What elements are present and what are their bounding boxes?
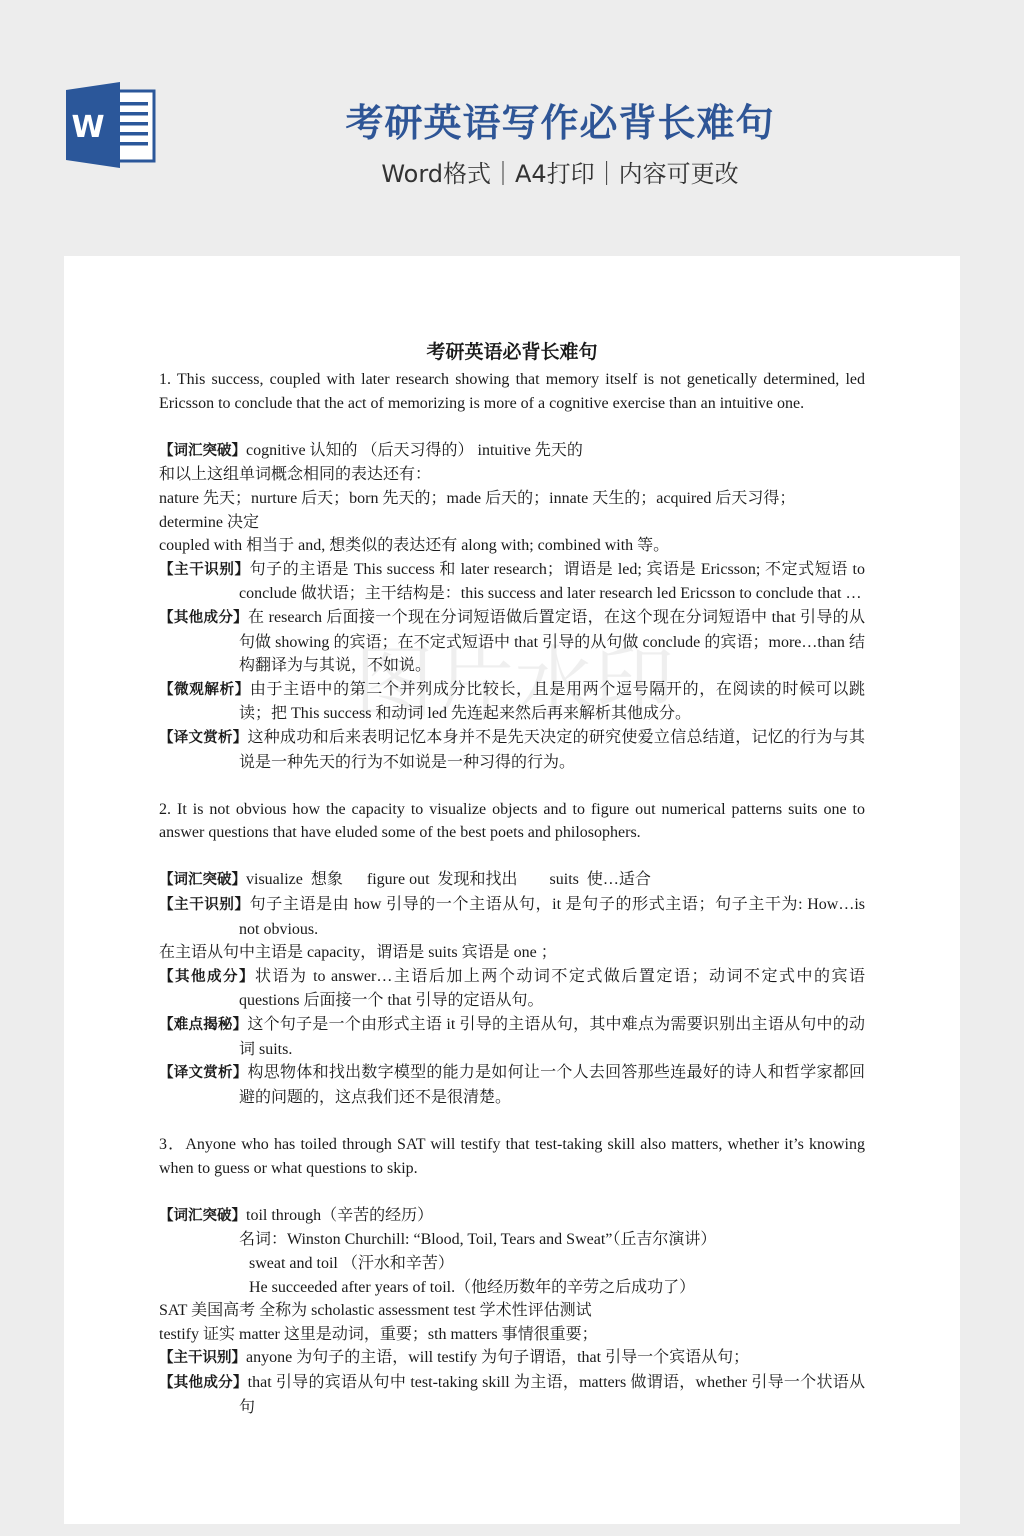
sentence-2: 2. It is not obvious how the capacity to… (159, 798, 865, 845)
note-vocabulary: 【词汇突破】toil through（辛苦的经历） (159, 1204, 865, 1229)
svg-text:W: W (71, 110, 104, 145)
note-line: 和以上这组单词概念相同的表达还有： (159, 463, 865, 487)
note-line: coupled with 相当于 and, 想类似的表达还有 along wit… (159, 534, 865, 558)
sentence-3: 3．Anyone who has toiled through SAT will… (159, 1133, 865, 1180)
note-line: sweat and toil （汗水和辛苦） (159, 1252, 865, 1276)
note-main-structure: 【主干识别】句子的主语是 This success 和 later resear… (159, 558, 865, 606)
section-1: 1. This success, coupled with later rese… (159, 368, 865, 798)
note-other-parts: 【其他成分】状语为 to answer…主语后加上两个动词不定式做后置定语；动词… (159, 965, 865, 1013)
sentence-1: 1. This success, coupled with later rese… (159, 368, 865, 415)
document-page: 图片水印 考研英语必背长难句 1. This success, coupled … (64, 256, 960, 1524)
note-micro-analysis: 【微观解析】由于主语中的第二个并列成分比较长，且是用两个逗号隔开的，在阅读的时候… (159, 678, 865, 726)
note-other-parts: 【其他成分】that 引导的宾语从句中 test-taking skill 为主… (159, 1371, 865, 1419)
section-3: 3．Anyone who has toiled through SAT will… (159, 1133, 865, 1419)
note-main-structure: 【主干识别】句子主语是由 how 引导的一个主语从句，it 是句子的形式主语；句… (159, 893, 865, 941)
note-vocabulary: 【词汇突破】cognitive 认知的 （后天习得的） intuitive 先天… (159, 439, 865, 464)
note-line: He succeeded after years of toil.（他经历数年的… (159, 1276, 865, 1300)
document-content: 考研英语必背长难句 1. This success, coupled with … (159, 338, 865, 1419)
note-difficulty: 【难点揭秘】这个句子是一个由形式主语 it 引导的主语从句，其中难点为需要识别出… (159, 1013, 865, 1061)
note-translation: 【译文赏析】构思物体和找出数字模型的能力是如何让一个人去回答那些连最好的诗人和哲… (159, 1061, 865, 1109)
note-line: determine 决定 (159, 511, 865, 535)
banner-title: 考研英语写作必背长难句 (280, 92, 840, 147)
section-2: 2. It is not obvious how the capacity to… (159, 798, 865, 1133)
note-line: 在主语从句中主语是 capacity，谓语是 suits 宾语是 one ； (159, 941, 865, 965)
banner: W 考研英语写作必背长难句 Word格式｜A4打印｜内容可更改 (0, 0, 1024, 256)
note-vocabulary: 【词汇突破】visualize 想象 figure out 发现和找出 suit… (159, 868, 865, 893)
banner-subtitle: Word格式｜A4打印｜内容可更改 (280, 154, 840, 189)
note-main-structure: 【主干识别】anyone 为句子的主语，will testify 为句子谓语，t… (159, 1346, 865, 1371)
note-other-parts: 【其他成分】在 research 后面接一个现在分词短语做后置定语，在这个现在分… (159, 606, 865, 678)
note-line: 名词：Winston Churchill: “Blood, Toil, Tear… (159, 1228, 865, 1252)
note-translation: 【译文赏析】这种成功和后来表明记忆本身并不是先天决定的研究使爱立信总结道，记忆的… (159, 726, 865, 774)
note-line: nature 先天；nurture 后天；born 先天的；made 后天的；i… (159, 487, 865, 511)
note-line: SAT 美国高考 全称为 scholastic assessment test … (159, 1299, 865, 1323)
document-title: 考研英语必背长难句 (159, 338, 865, 366)
word-icon: W (66, 82, 156, 168)
note-line: testify 证实 matter 这里是动词，重要；sth matters 事… (159, 1323, 865, 1347)
